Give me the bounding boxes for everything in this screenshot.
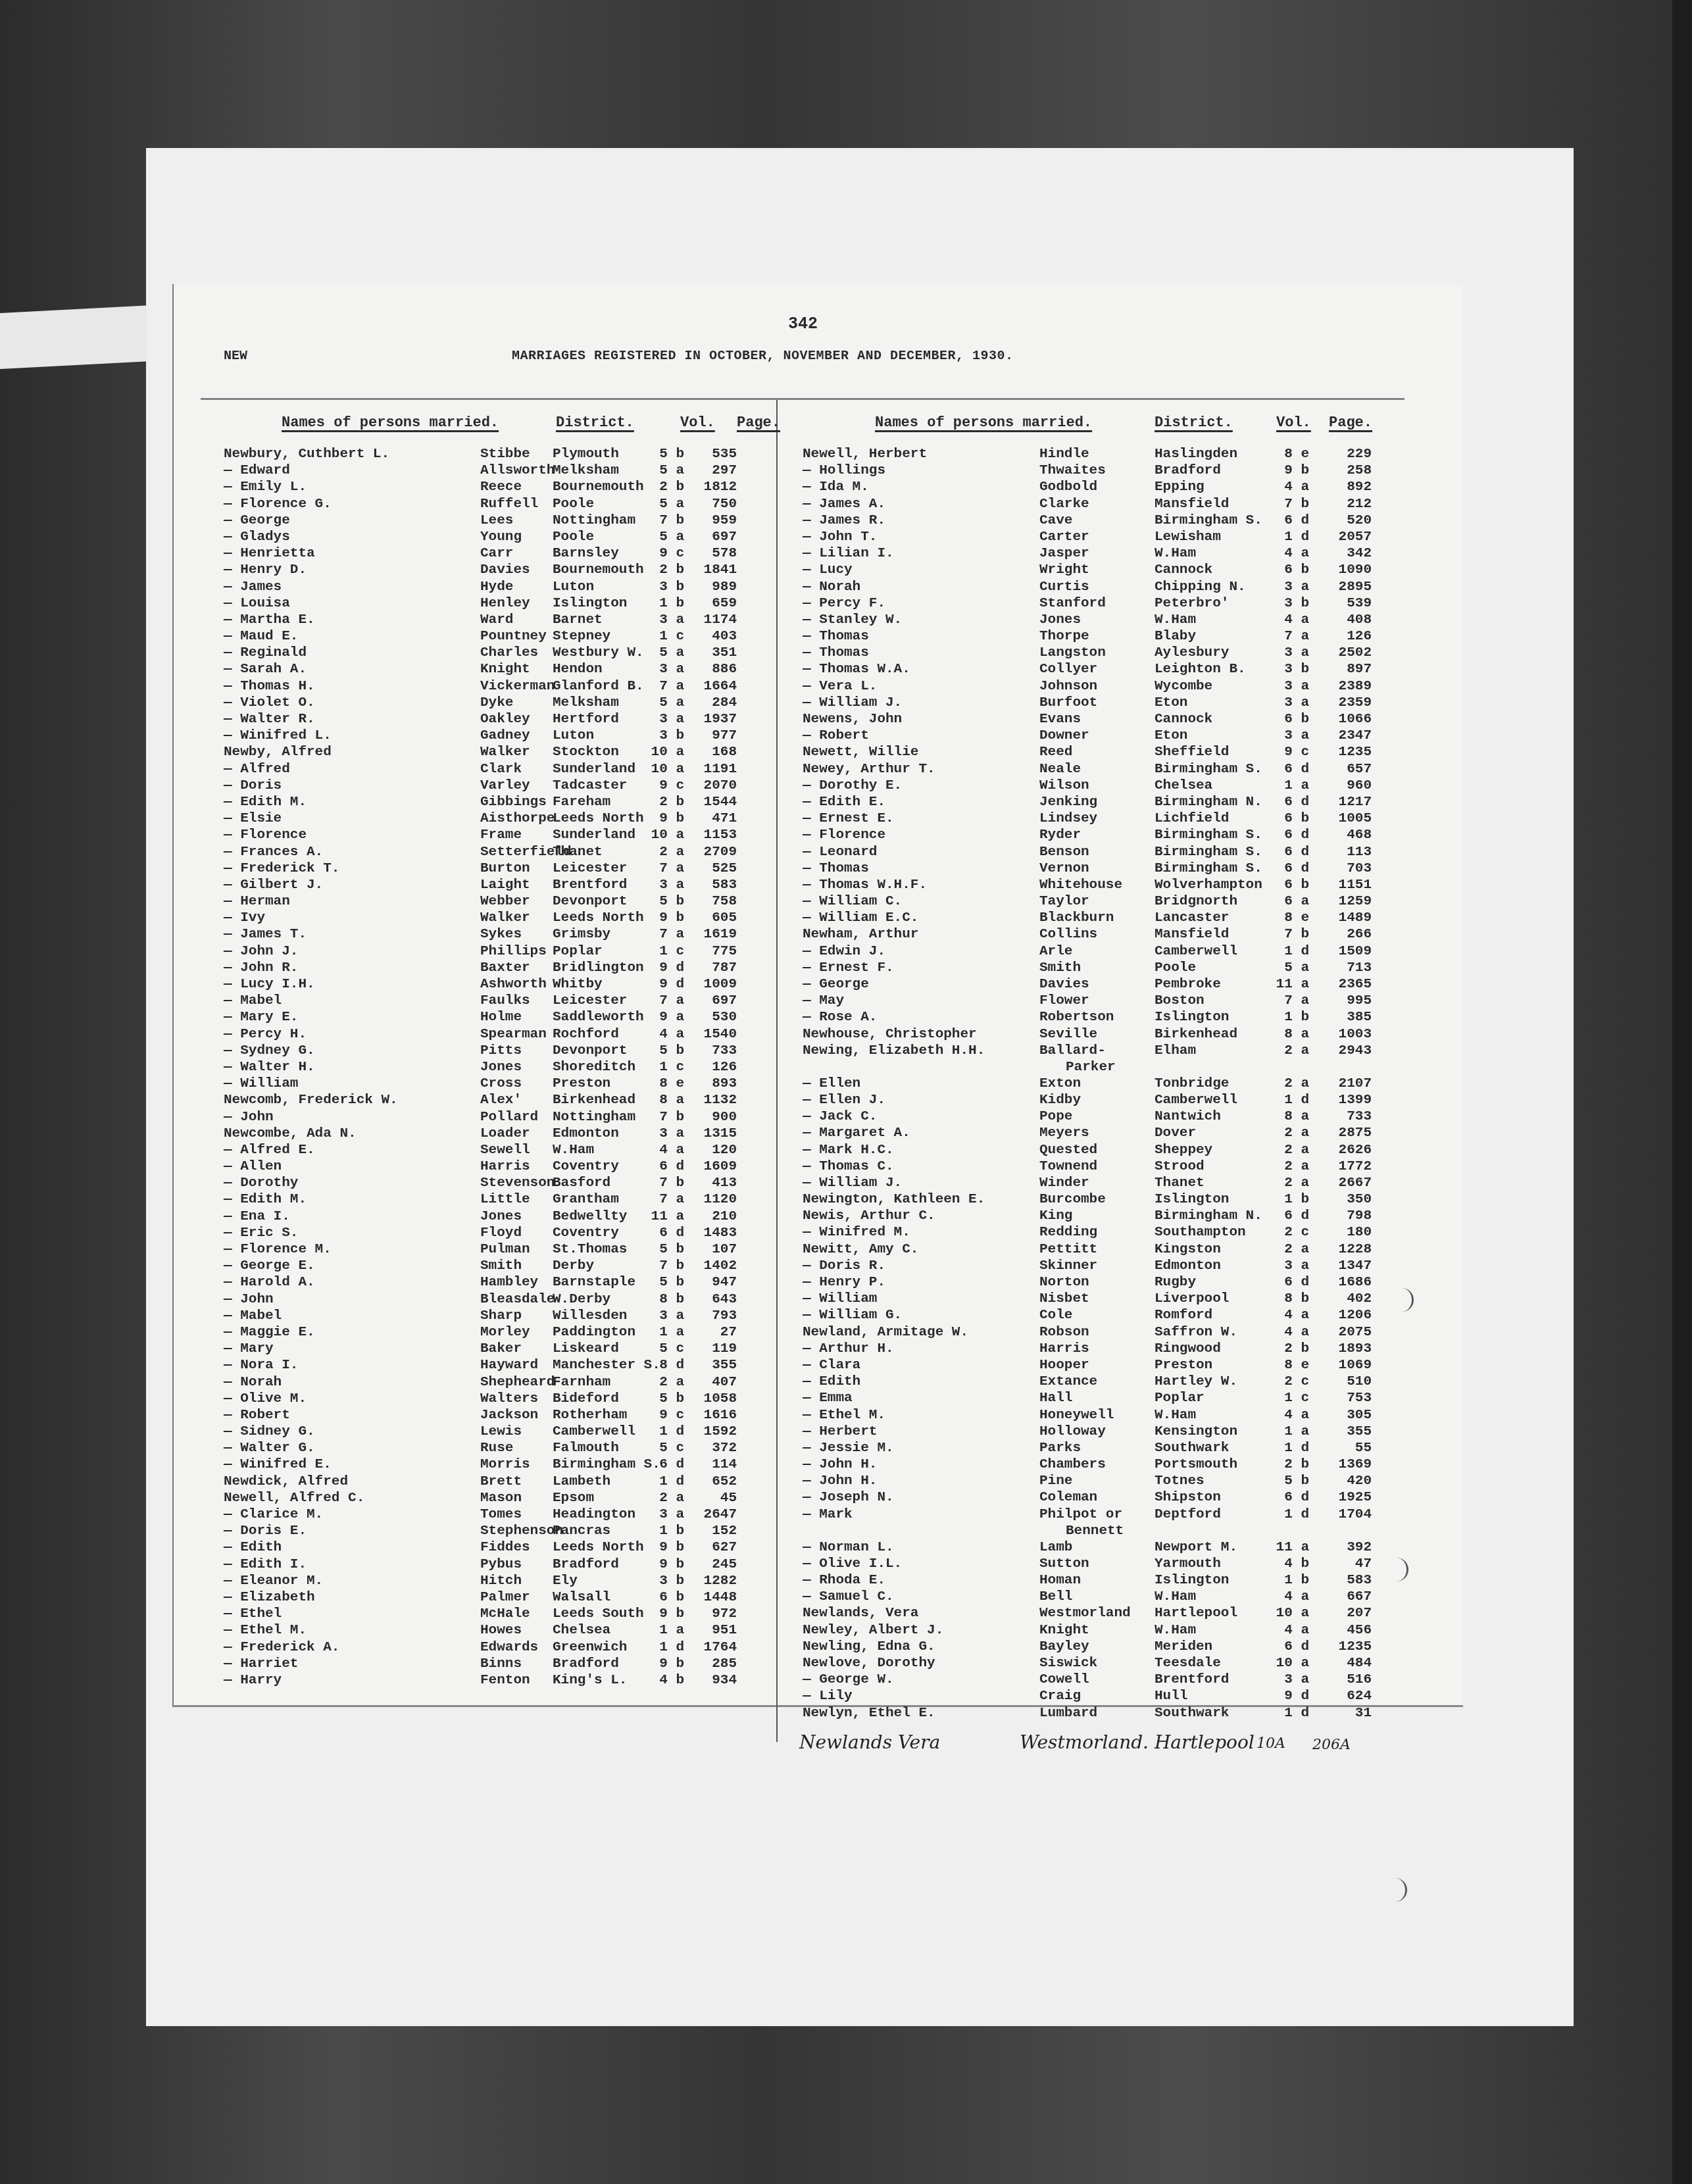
entry-name: — Dorothy	[224, 1175, 298, 1191]
entry-district: Wycombe	[1155, 678, 1212, 695]
entry-spouse: Burton	[480, 860, 530, 877]
table-row: — Maggie E.MorleyPaddington1 a27	[224, 1324, 763, 1341]
entry-page: 733	[684, 1043, 737, 1059]
entry-vol: 5 b	[645, 893, 684, 910]
table-row: — RobertJacksonRotherham9 c1616	[224, 1407, 763, 1424]
entry-spouse: Carter	[1039, 529, 1089, 545]
entry-spouse: Howes	[480, 1622, 522, 1639]
entry-name: — Rose A.	[803, 1009, 877, 1026]
entry-spouse: Loader	[480, 1126, 530, 1142]
entry-name: — Herman	[224, 893, 290, 910]
table-row: — James R.CaveBirmingham S.6 d520	[803, 512, 1395, 529]
entry-district: Birmingham S.	[1155, 761, 1262, 778]
entry-district: Birmingham S.	[1155, 512, 1262, 529]
entry-district: Meriden	[1155, 1639, 1212, 1655]
header-page: Page.	[737, 414, 780, 431]
entry-district: Devonport	[553, 1043, 627, 1059]
entry-vol: 9 c	[645, 545, 684, 562]
entry-spouse: Pitts	[480, 1043, 522, 1059]
table-row: Newling, Edna G.BayleyMeriden6 d1235	[803, 1639, 1395, 1655]
entry-vol: 4 a	[645, 1026, 684, 1043]
entry-vol: 2 a	[1257, 1076, 1309, 1092]
entry-vol: 6 d	[1257, 827, 1309, 843]
table-row: — Edwin J.ArleCamberwell1 d1509	[803, 943, 1395, 960]
table-row: — Frederick A.EdwardsGreenwich1 d1764	[224, 1639, 763, 1656]
entry-district: Totnes	[1155, 1473, 1205, 1489]
entry-district: Blaby	[1155, 628, 1196, 645]
entry-district: Stepney	[553, 628, 610, 645]
entry-spouse: Jasper	[1039, 545, 1089, 562]
entry-district: Birkenhead	[1155, 1026, 1237, 1043]
entry-page: 643	[684, 1291, 737, 1308]
entry-vol: 3 b	[1257, 661, 1309, 678]
entry-vol: 5 c	[645, 1341, 684, 1357]
entry-page: 407	[684, 1374, 737, 1391]
entry-name: — Walter R.	[224, 711, 315, 728]
entry-page: 960	[1312, 778, 1372, 794]
entry-district: Birmingham S.	[1155, 860, 1262, 877]
entry-page: 212	[1312, 496, 1372, 512]
table-row: — EdithFiddesLeeds North9 b627	[224, 1539, 763, 1556]
entry-spouse: Townend	[1039, 1158, 1097, 1175]
header-vol: Vol.	[1276, 414, 1311, 431]
entry-name: — Ellen	[803, 1076, 860, 1092]
table-row: — Ellen J.KidbyCamberwell1 d1399	[803, 1092, 1395, 1108]
entry-spouse: Ryder	[1039, 827, 1081, 843]
entry-vol: 4 b	[1257, 1556, 1309, 1572]
entry-vol: 2 a	[1257, 1142, 1309, 1158]
table-row: — Maud E.PountneyStepney1 c403	[224, 628, 763, 645]
entry-vol: 6 d	[1257, 1274, 1309, 1291]
entry-spouse: Charles	[480, 645, 538, 661]
entry-name: — Dorothy E.	[803, 778, 902, 794]
entry-vol: 5 a	[645, 496, 684, 512]
entry-name: — James	[224, 579, 282, 595]
table-row: — LouisaHenleyIslington1 b659	[224, 595, 763, 612]
entry-district: Southwark	[1155, 1440, 1229, 1456]
table-row: — MaryBakerLiskeard5 c119	[224, 1341, 763, 1357]
table-row: — Edith M.LittleGrantham7 a1120	[224, 1191, 763, 1208]
entry-page: 578	[684, 545, 737, 562]
entry-page: 126	[684, 1059, 737, 1076]
table-row: — EthelMcHaleLeeds South9 b972	[224, 1606, 763, 1622]
entry-page: 1347	[1312, 1258, 1372, 1274]
entry-name: — Margaret A.	[803, 1125, 910, 1141]
entry-spouse: Chambers	[1039, 1456, 1106, 1473]
entry-district: Cannock	[1155, 562, 1212, 578]
table-row: — ThomasLangstonAylesbury3 a2502	[803, 645, 1395, 661]
entry-district: Tadcaster	[553, 778, 627, 794]
table-row: — Rhoda E.HomanIslington1 b583	[803, 1572, 1395, 1589]
table-row: — George E.SmithDerby7 b1402	[224, 1258, 763, 1274]
entry-page: 119	[684, 1341, 737, 1357]
entry-spouse: Stephenson	[480, 1523, 563, 1539]
entry-vol: 10 a	[1257, 1655, 1309, 1672]
scan-edge	[1672, 0, 1692, 2184]
entry-page: 530	[684, 1009, 737, 1026]
entry-page: 605	[684, 910, 737, 926]
entry-page: 900	[684, 1109, 737, 1126]
entry-name: — Henrietta	[224, 545, 315, 562]
entry-district: Stockton	[553, 744, 619, 760]
entry-district: Poole	[553, 496, 594, 512]
table-row: — Emily L.ReeceBournemouth2 b1812	[224, 479, 763, 495]
entry-vol: 8 e	[645, 1076, 684, 1092]
table-row: Newett, WillieReedSheffield9 c1235	[803, 744, 1395, 760]
entry-district: Hendon	[553, 661, 603, 678]
entry-name: — Emma	[803, 1390, 853, 1406]
entry-district: Birmingham N.	[1155, 794, 1262, 810]
entry-page: 484	[1312, 1655, 1372, 1672]
table-row: — HenriettaCarrBarnsley9 c578	[224, 545, 763, 562]
entry-name: — Mary	[224, 1341, 274, 1357]
entry-name: — Ethel M.	[224, 1622, 307, 1639]
entry-spouse: Fenton	[480, 1672, 530, 1689]
entry-district: Westbury W.	[553, 645, 644, 661]
entry-page: 758	[684, 893, 737, 910]
table-row: — FlorenceFrameSunderland10 a1153	[224, 827, 763, 843]
entry-district: Devonport	[553, 893, 627, 910]
entry-vol: 6 a	[1257, 893, 1309, 910]
entry-page: 583	[684, 877, 737, 893]
entry-spouse: Reece	[480, 479, 522, 495]
table-row: — George W.CowellBrentford3 a516	[803, 1672, 1395, 1688]
entry-district: Chelsea	[553, 1622, 610, 1639]
entry-spouse: Craig	[1039, 1688, 1081, 1704]
entry-name: — Hollings	[803, 462, 885, 479]
entry-spouse: Honeywell	[1039, 1407, 1114, 1424]
entry-vol: 10 a	[645, 761, 684, 778]
entry-name: Newing, Elizabeth H.H.	[803, 1043, 985, 1059]
entry-district: Aylesbury	[1155, 645, 1229, 661]
page-title: MARRIAGES REGISTERED IN OCTOBER, NOVEMBE…	[512, 349, 1014, 364]
table-row: — Lilian I.JasperW.Ham4 a342	[803, 545, 1395, 562]
entry-name: — Ethel M.	[803, 1407, 885, 1424]
entry-district: W.Ham	[1155, 545, 1196, 562]
entry-page: 258	[1312, 462, 1372, 479]
table-row: — Norman L.LambNewport M.11 a392	[803, 1539, 1395, 1556]
entry-spouse: Parks	[1039, 1440, 1081, 1456]
table-row: Newcomb, Frederick W.Alex'Birkenhead8 a1…	[224, 1092, 763, 1108]
entry-page: 408	[1312, 612, 1372, 628]
entry-spouse-continued: Bennett	[1039, 1523, 1124, 1539]
entry-page: 1619	[684, 926, 737, 943]
entry-vol: 9 d	[645, 976, 684, 993]
entry-page: 342	[1312, 545, 1372, 562]
entry-district: Camberwell	[1155, 943, 1237, 960]
entry-name: — Doris R.	[803, 1258, 885, 1274]
entry-district: W.Ham	[553, 1142, 594, 1158]
entry-page: 471	[684, 810, 737, 827]
entry-page: 1259	[1312, 893, 1372, 910]
entry-district: Shoreditch	[553, 1059, 635, 1076]
entry-name: — Mark H.C.	[803, 1142, 894, 1158]
entry-vol: 6 d	[1257, 1489, 1309, 1506]
table-row: — DorisVarleyTadcaster9 c2070	[224, 778, 763, 794]
entry-vol: 6 d	[1257, 860, 1309, 877]
entry-name: Newett, Willie	[803, 744, 918, 760]
entry-name: — Lucy I.H.	[224, 976, 315, 993]
entry-name: — Norman L.	[803, 1539, 894, 1556]
entry-page: 468	[1312, 827, 1372, 843]
entry-name: — Harriet	[224, 1656, 298, 1672]
entry-vol: 5 a	[1257, 960, 1309, 976]
table-row: — Doris E.StephensonPancras1 b152	[224, 1523, 763, 1539]
entry-vol: 4 a	[1257, 1407, 1309, 1424]
entry-spouse: Alex'	[480, 1092, 522, 1108]
entry-vol: 2 a	[1257, 1175, 1309, 1191]
entry-vol: 9 c	[645, 778, 684, 794]
table-row: — Mark H.C.QuestedSheppey2 a2626	[803, 1142, 1395, 1158]
entry-name: — Ellen J.	[803, 1092, 885, 1108]
table-row: — Martha E.WardBarnet3 a1174	[224, 612, 763, 628]
entry-vol: 9 d	[645, 960, 684, 976]
entry-vol: 5 b	[645, 446, 684, 462]
entry-page: 1369	[1312, 1456, 1372, 1473]
entry-district: Luton	[553, 728, 594, 744]
right-entries-list: Newell, HerbertHindleHaslingden8 e229— H…	[803, 446, 1395, 1722]
entry-page: 892	[1312, 479, 1372, 495]
entry-vol: 8 b	[645, 1291, 684, 1308]
table-row: — Lucy I.H.AshworthWhitby9 d1009	[224, 976, 763, 993]
table-row: — Stanley W.JonesW.Ham4 a408	[803, 612, 1395, 628]
entry-spouse: Ballard-	[1039, 1043, 1106, 1059]
entry-page: 297	[684, 462, 737, 479]
entry-page: 403	[684, 628, 737, 645]
entry-spouse: Hambley	[480, 1274, 538, 1291]
entry-spouse: Smith	[1039, 960, 1081, 976]
table-row: — MabelSharpWillesden3 a793	[224, 1308, 763, 1324]
table-row: — WilliamCrossPreston8 e893	[224, 1076, 763, 1092]
entry-district: Sunderland	[553, 827, 635, 843]
entry-vol: 4 a	[1257, 1307, 1309, 1324]
entry-page: 2389	[1312, 678, 1372, 695]
entry-name: — Clara	[803, 1357, 860, 1374]
entry-page: 2667	[1312, 1175, 1372, 1191]
entry-page: 989	[684, 579, 737, 595]
entry-district: Bradford	[553, 1656, 619, 1672]
entry-district: W.Ham	[1155, 1407, 1196, 1424]
entry-page: 207	[1312, 1605, 1372, 1622]
entry-district: Islington	[1155, 1191, 1229, 1208]
entry-vol: 1 d	[1257, 1092, 1309, 1108]
entry-page: 2502	[1312, 645, 1372, 661]
entry-spouse: Frame	[480, 827, 522, 843]
entry-page: 667	[1312, 1589, 1372, 1605]
entry-vol: 7 a	[1257, 628, 1309, 645]
entry-page: 703	[1312, 860, 1372, 877]
entry-page: 245	[684, 1556, 737, 1573]
handwritten-district: Westmorland. Hartlepool	[1020, 1731, 1255, 1753]
table-row: — HarrietBinnsBradford9 b285	[224, 1656, 763, 1672]
table-row: — ThomasThorpeBlaby7 a126	[803, 628, 1395, 645]
entry-name: Newby, Alfred	[224, 744, 332, 760]
entry-district: Chelsea	[1155, 778, 1212, 794]
entry-spouse: Blackburn	[1039, 910, 1114, 926]
entry-district: Leicester	[553, 860, 627, 877]
entry-spouse: Cole	[1039, 1307, 1072, 1324]
entry-name: — George E.	[224, 1258, 315, 1274]
scan-background-strip	[0, 305, 151, 369]
entry-spouse: King	[1039, 1208, 1072, 1224]
entry-name: — William G.	[803, 1307, 902, 1324]
entry-district: Liverpool	[1155, 1291, 1229, 1307]
table-row: Newbury, Cuthbert L.StibbePlymouth5 b535	[224, 446, 763, 462]
table-row: Newby, AlfredWalkerStockton10 a168	[224, 744, 763, 760]
entry-spouse: Sewell	[480, 1142, 530, 1158]
entry-spouse: Skinner	[1039, 1258, 1097, 1274]
entry-name: — Gladys	[224, 529, 290, 545]
entry-district: King's L.	[553, 1672, 627, 1689]
table-row: — Olive M.WaltersBideford5 b1058	[224, 1391, 763, 1407]
table-row: — Ethel M.HowesChelsea1 a951	[224, 1622, 763, 1639]
table-row: — Gilbert J.LaightBrentford3 a583	[224, 877, 763, 893]
entry-vol: 10 a	[645, 827, 684, 843]
table-row: — Ena I.JonesBedwellty11 a210	[224, 1208, 763, 1225]
entry-page: 798	[1312, 1208, 1372, 1224]
entry-district: Brentford	[553, 877, 627, 893]
entry-district: Islington	[1155, 1572, 1229, 1589]
entry-name: — Thomas C.	[803, 1158, 894, 1175]
entry-vol: 3 b	[645, 579, 684, 595]
entry-name: — Ena I.	[224, 1208, 290, 1225]
entry-page: 45	[684, 1490, 737, 1506]
entry-name: Newdick, Alfred	[224, 1474, 348, 1490]
entry-vol: 8 d	[645, 1357, 684, 1374]
entry-page: 995	[1312, 993, 1372, 1009]
entry-name: — John	[224, 1291, 274, 1308]
table-row: — NorahShepheardFarnham2 a407	[224, 1374, 763, 1391]
entry-vol: 7 b	[1257, 926, 1309, 943]
entry-district: Boston	[1155, 993, 1205, 1009]
entry-district: Chipping N.	[1155, 579, 1246, 595]
entry-name: — Lucy	[803, 562, 853, 578]
table-row: — Edith I.PybusBradford9 b245	[224, 1556, 763, 1573]
entry-spouse: Holme	[480, 1009, 522, 1026]
entry-page: 1686	[1312, 1274, 1372, 1291]
entry-spouse: Walker	[480, 910, 530, 926]
entry-vol: 8 a	[1257, 1108, 1309, 1125]
entry-page: 1764	[684, 1639, 737, 1656]
entry-name: — Edith I.	[224, 1556, 307, 1573]
table-row: — Ernest F.SmithPoole5 a713	[803, 960, 1395, 976]
entry-spouse: Hyde	[480, 579, 513, 595]
entry-district: Leeds North	[553, 810, 644, 827]
entry-vol: 9 b	[645, 1556, 684, 1573]
entry-vol: 1 b	[1257, 1009, 1309, 1026]
entry-page: 1003	[1312, 1026, 1372, 1043]
entry-vol: 6 d	[645, 1158, 684, 1175]
entry-name: — Edward	[224, 462, 290, 479]
entry-district: Rotherham	[553, 1407, 627, 1424]
entry-page: 1206	[1312, 1307, 1372, 1324]
entry-district: Shipston	[1155, 1489, 1221, 1506]
entry-page: 402	[1312, 1291, 1372, 1307]
entry-spouse: Henley	[480, 595, 530, 612]
entry-spouse: Clarke	[1039, 496, 1089, 512]
entry-district: Barnsley	[553, 545, 619, 562]
table-row: — NorahCurtisChipping N.3 a2895	[803, 579, 1395, 595]
entry-vol: 9 b	[645, 1539, 684, 1556]
entry-name: Newitt, Amy C.	[803, 1241, 918, 1258]
entry-district: Bideford	[553, 1391, 619, 1407]
entry-page: 1009	[684, 976, 737, 993]
entry-spouse: Hayward	[480, 1357, 538, 1374]
entry-district: Pancras	[553, 1523, 610, 1539]
entry-district: Barnet	[553, 612, 603, 628]
entry-spouse: Bell	[1039, 1589, 1072, 1605]
table-row: — Florence G.RuffellPoole5 a750	[224, 496, 763, 512]
entry-spouse: Coleman	[1039, 1489, 1097, 1506]
entry-spouse: Sharp	[480, 1308, 522, 1324]
entry-district: Ely	[553, 1573, 578, 1589]
entry-page: 520	[1312, 512, 1372, 529]
entry-vol: 5 b	[645, 1241, 684, 1258]
entry-name: — Edith	[224, 1539, 282, 1556]
entry-spouse: Jackson	[480, 1407, 538, 1424]
entry-name: — Doris E.	[224, 1523, 307, 1539]
entry-vol: 11 a	[645, 1208, 684, 1225]
entry-spouse: Jones	[480, 1059, 522, 1076]
entry-district: Romford	[1155, 1307, 1212, 1324]
entry-district: Coventry	[553, 1158, 619, 1175]
table-row: — Frances A.SetterfieldThanet2 a2709	[224, 844, 763, 860]
entry-district: Birmingham S.	[1155, 827, 1262, 843]
entry-spouse: Spearman	[480, 1026, 547, 1043]
table-row: — Sydney G.PittsDevonport5 b733	[224, 1043, 763, 1059]
entry-vol: 6 b	[645, 1589, 684, 1606]
entry-district: Birmingham S.	[1155, 844, 1262, 860]
entry-page: 713	[1312, 960, 1372, 976]
table-row: Newey, Arthur T.NealeBirmingham S.6 d657	[803, 761, 1395, 778]
entry-district: Grimsby	[553, 926, 610, 943]
entry-spouse: Morley	[480, 1324, 530, 1341]
entry-page: 1217	[1312, 794, 1372, 810]
entry-spouse: Burcombe	[1039, 1191, 1106, 1208]
entry-page: 627	[684, 1539, 737, 1556]
entry-vol: 9 d	[1257, 1688, 1309, 1704]
entry-page: 1448	[684, 1589, 737, 1606]
entry-vol: 7 b	[645, 1109, 684, 1126]
entry-vol: 2 b	[645, 562, 684, 578]
entry-name: — William	[224, 1076, 298, 1092]
entry-name: — Frederick T.	[224, 860, 339, 877]
table-row: — GladysYoungPoole5 a697	[224, 529, 763, 545]
entry-district: Birmingham N.	[1155, 1208, 1262, 1224]
entry-spouse: Carr	[480, 545, 513, 562]
entry-name: — Doris	[224, 778, 282, 794]
handwritten-vol: 10A	[1257, 1735, 1285, 1752]
entry-page: 114	[684, 1456, 737, 1473]
entry-page: 55	[1312, 1440, 1372, 1456]
entry-spouse: Burfoot	[1039, 695, 1097, 711]
header-names: Names of persons married.	[875, 414, 1092, 431]
entry-district: Sheffield	[1155, 744, 1229, 760]
header-names: Names of persons married.	[282, 414, 499, 431]
entry-name: Newey, Arthur T.	[803, 761, 935, 778]
table-row: — Winifred M.ReddingSouthampton2 c180	[803, 1224, 1395, 1241]
entry-vol: 9 b	[645, 1656, 684, 1672]
entry-page: 657	[1312, 761, 1372, 778]
table-row: — IvyWalkerLeeds North9 b605	[224, 910, 763, 926]
entry-spouse: Quested	[1039, 1142, 1097, 1158]
entry-page: 355	[1312, 1424, 1372, 1440]
entry-spouse: Dyke	[480, 695, 513, 711]
entry-name: Newlove, Dorothy	[803, 1655, 935, 1672]
entry-district: Hartley W.	[1155, 1374, 1237, 1390]
entry-vol: 6 d	[1257, 761, 1309, 778]
entry-spouse: Davies	[1039, 976, 1089, 993]
